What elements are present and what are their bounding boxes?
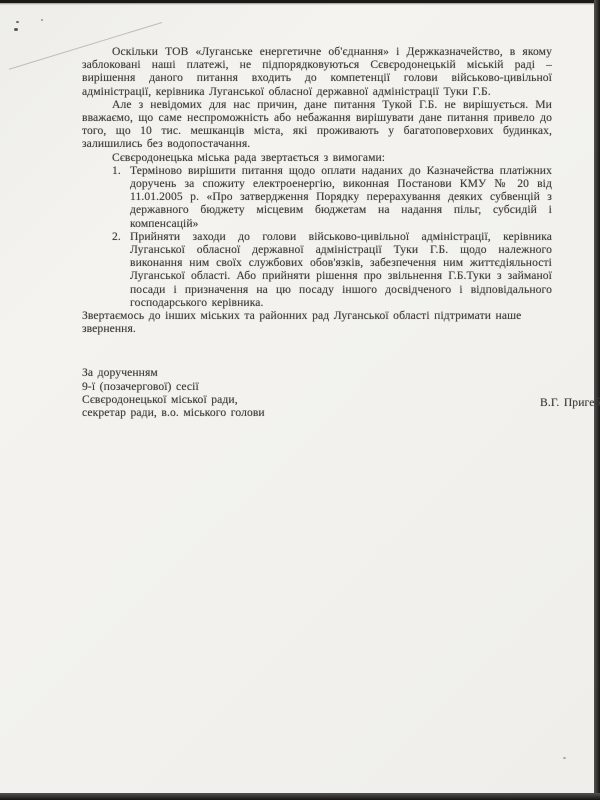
list-item: 2. Прийняти заходи до голови військово-ц… (82, 230, 552, 309)
scanned-document-page: Оскільки ТОВ «Луганське енергетичне об'є… (0, 0, 600, 800)
signature-line-title: секретар ради, в.о. міського голови (82, 406, 552, 419)
list-item-text: Прийняти заходи до голови військово-циві… (130, 230, 552, 309)
scan-edge-top-shadow (0, 3, 600, 5)
signature-line-session: 9-ї (позачергової) сесії (82, 380, 552, 393)
closing-paragraph: Звертаємось до інших міських та районних… (82, 309, 552, 335)
paragraph-reason: Оскільки ТОВ «Луганське енергетичне об'є… (82, 45, 552, 98)
list-item-text: Терміново вирішити питання щодо оплати н… (130, 164, 552, 230)
scan-edge-bottom (0, 793, 600, 800)
signatory-name: В.Г. Пригеба (540, 396, 600, 409)
demands-list: 1. Терміново вирішити питання щодо оплат… (82, 164, 552, 309)
scan-speck (563, 757, 566, 759)
paragraph-problem: Але з невідомих для нас причин, дане пит… (82, 98, 552, 151)
scan-speck (16, 21, 19, 23)
list-item: 1. Терміново вирішити питання щодо оплат… (82, 164, 552, 230)
list-item-number: 1. (112, 164, 130, 230)
signature-line-on-behalf: За дорученням (82, 366, 552, 379)
signature-line-council: Сєвєродонецької міської ради, (82, 393, 552, 406)
list-item-number: 2. (112, 230, 130, 309)
signature-block: За дорученням 9-ї (позачергової) сесії С… (82, 366, 552, 419)
scan-speck (14, 28, 18, 31)
demands-intro: Сєвєродонецька міська рада звертається з… (82, 151, 552, 164)
scan-speck (41, 19, 43, 21)
document-body: Оскільки ТОВ «Луганське енергетичне об'є… (82, 45, 552, 419)
